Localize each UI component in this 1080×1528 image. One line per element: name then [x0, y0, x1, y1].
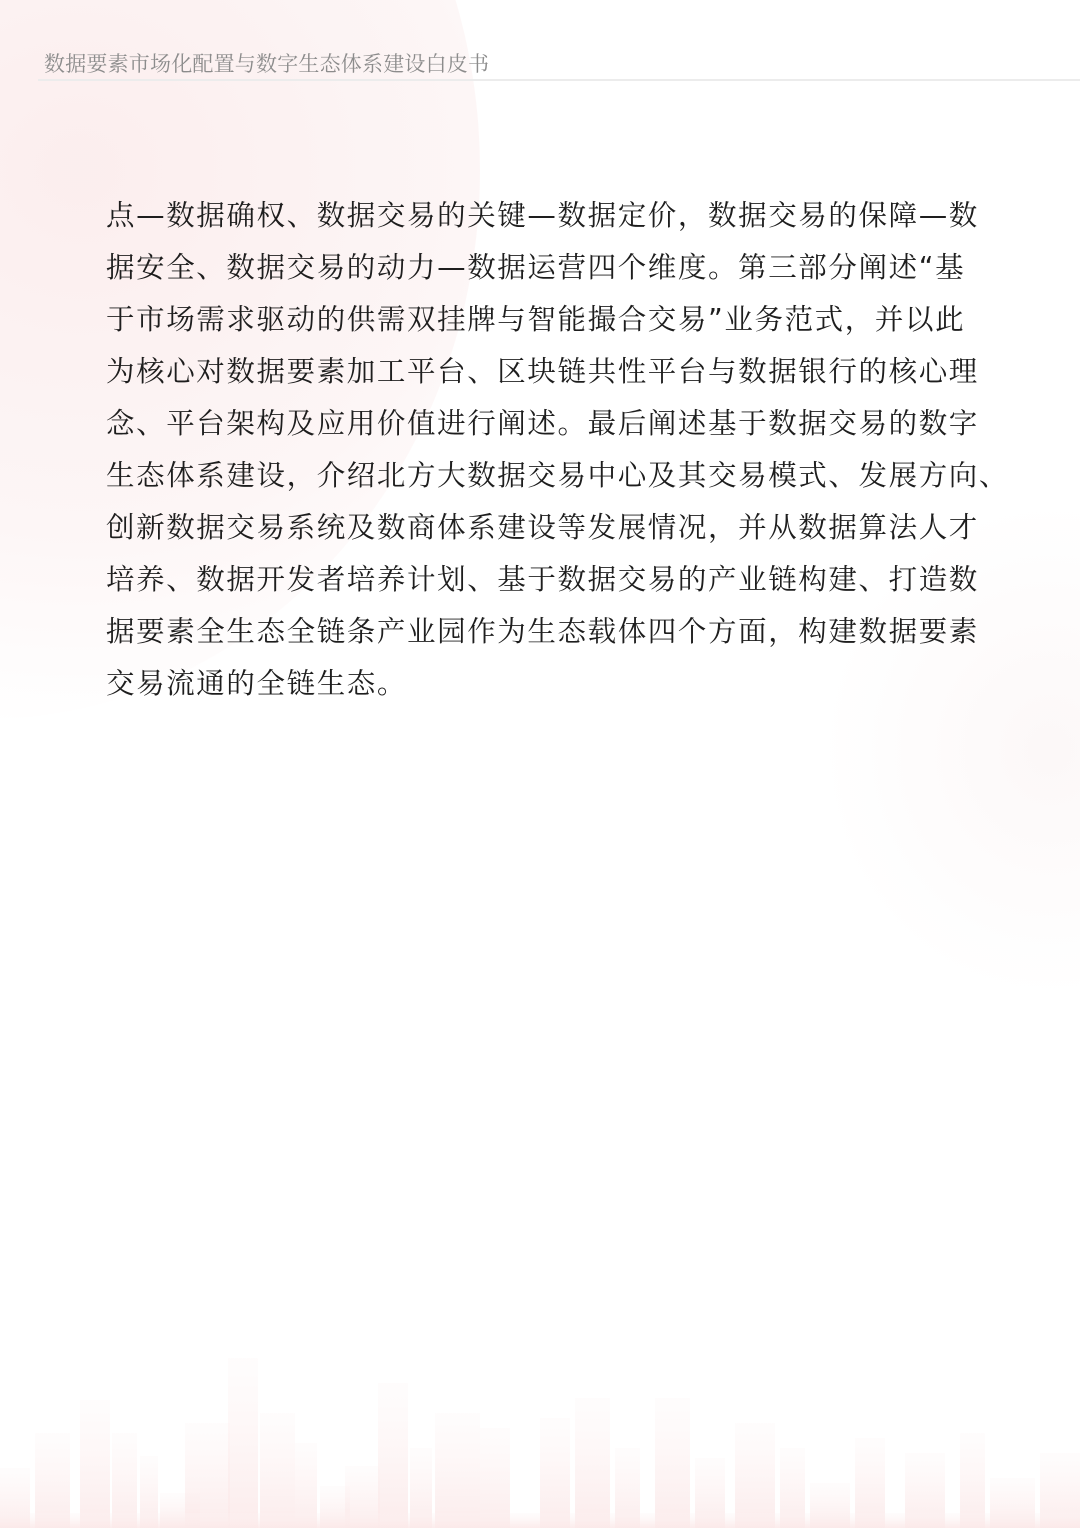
- paragraph-line: 培养、数据开发者培养计划、基于数据交易的产业链构建、打造数: [106, 554, 996, 606]
- document-title: 数据要素市场化配置与数字生态体系建设白皮书: [44, 48, 489, 78]
- paragraph-line: 交易流通的全链生态。: [106, 658, 996, 710]
- page-header: 数据要素市场化配置与数字生态体系建设白皮书: [38, 44, 1080, 81]
- paragraph-line: 据要素全生态全链条产业园作为生态载体四个方面，构建数据要素: [106, 606, 996, 658]
- body-paragraph: 点—数据确权、数据交易的关键—数据定价，数据交易的保障—数 据安全、数据交易的动…: [106, 190, 996, 710]
- paragraph-line: 据安全、数据交易的动力—数据运营四个维度。第三部分阐述“基: [106, 242, 996, 294]
- paragraph-line: 念、平台架构及应用价值进行阐述。最后阐述基于数据交易的数字: [106, 398, 996, 450]
- paragraph-line: 于市场需求驱动的供需双挂牌与智能撮合交易”业务范式，并以此: [106, 294, 996, 346]
- paragraph-line: 创新数据交易系统及数商体系建设等发展情况，并从数据算法人才: [106, 502, 996, 554]
- city-skyline-decoration: [0, 1338, 1080, 1528]
- paragraph-line: 为核心对数据要素加工平台、区块链共性平台与数据银行的核心理: [106, 346, 996, 398]
- paragraph-line: 点—数据确权、数据交易的关键—数据定价，数据交易的保障—数: [106, 190, 996, 242]
- paragraph-line: 生态体系建设，介绍北方大数据交易中心及其交易模式、发展方向、: [106, 450, 996, 502]
